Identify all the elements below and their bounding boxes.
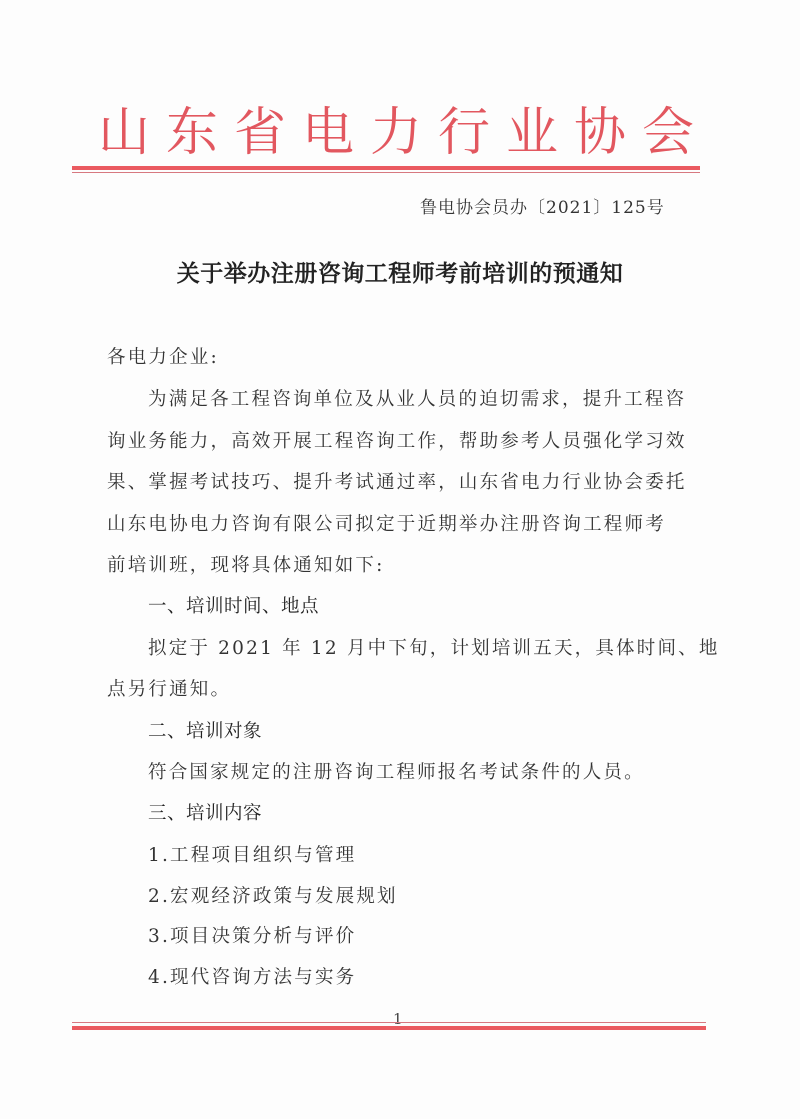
org-char: 山 [96, 100, 152, 166]
org-char: 行 [436, 100, 492, 166]
org-char: 业 [504, 100, 560, 166]
section-heading-audience: 二、培训对象 [148, 717, 262, 743]
org-char: 会 [640, 100, 696, 166]
org-char: 东 [164, 100, 220, 166]
org-char: 电 [300, 100, 356, 166]
content-list-item: 4.现代咨询方法与实务 [148, 963, 356, 989]
section-text: 点另行通知。 [107, 675, 231, 701]
header-rule-thick [72, 166, 700, 170]
salutation: 各电力企业: [107, 343, 219, 369]
intro-line: 为满足各工程咨询单位及从业人员的迫切需求，提升工程咨 [148, 385, 686, 411]
content-list-item: 2.宏观经济政策与发展规划 [148, 882, 398, 908]
footer-rule-thick [72, 1026, 706, 1030]
org-letterhead: 山 东 省 电 力 行 业 协 会 [96, 100, 696, 166]
section-heading-content: 三、培训内容 [148, 799, 262, 825]
content-list-item: 3.项目决策分析与评价 [148, 922, 356, 948]
footer-rule-thin [72, 1022, 706, 1023]
section-text: 符合国家规定的注册咨询工程师报名考试条件的人员。 [148, 758, 645, 784]
header-rule-thin [72, 172, 700, 173]
intro-line: 果、掌握考试技巧、提升考试通过率，山东省电力行业协会委托 [107, 468, 687, 494]
intro-line: 山东电协电力咨询有限公司拟定于近期举办注册咨询工程师考 [107, 510, 666, 536]
intro-line: 询业务能力，高效开展工程咨询工作，帮助参考人员强化学习效 [107, 427, 687, 453]
intro-line: 前培训班，现将具体通知如下: [107, 551, 385, 577]
org-char: 协 [572, 100, 628, 166]
section-heading-time-location: 一、培训时间、地点 [148, 592, 319, 618]
document-page: 山 东 省 电 力 行 业 协 会 鲁电协会员办〔2021〕125号 关于举办注… [0, 0, 800, 1119]
document-title: 关于举办注册咨询工程师考前培训的预通知 [0, 255, 800, 288]
section-text: 拟定于 2021 年 12 月中下旬，计划培训五天，具体时间、地 [148, 634, 720, 660]
document-number: 鲁电协会员办〔2021〕125号 [420, 193, 665, 218]
org-char: 省 [232, 100, 288, 166]
org-char: 力 [368, 100, 424, 166]
content-list-item: 1.工程项目组织与管理 [148, 841, 356, 867]
